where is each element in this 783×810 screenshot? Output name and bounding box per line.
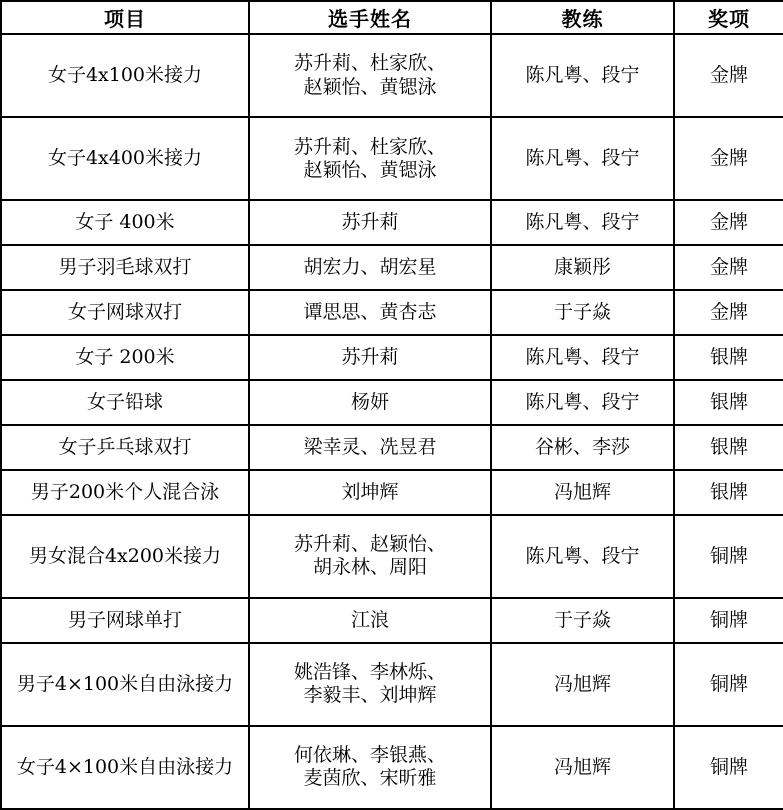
coach-cell: 于子焱 [491,290,674,335]
players-cell: 苏升莉、杜家欣、 赵颖怡、黄锶泳 [249,34,491,117]
players-cell: 胡宏力、胡宏星 [249,245,491,290]
table-row: 女子网球双打 谭思思、黄杏志 于子焱 金牌 [1,290,783,335]
players-cell: 姚浩锋、李林烁、 李毅丰、刘坤辉 [249,643,491,726]
award-cell: 金牌 [674,34,783,117]
table-row: 女子铅球 杨妍 陈凡粤、段宁 银牌 [1,380,783,425]
event-cell: 女子4x400米接力 [1,117,249,200]
table-row: 女子 400米 苏升莉 陈凡粤、段宁 金牌 [1,200,783,245]
award-cell: 金牌 [674,290,783,335]
award-cell: 铜牌 [674,515,783,598]
event-cell: 女子铅球 [1,380,249,425]
players-cell: 苏升莉 [249,200,491,245]
table-row: 女子 200米 苏升莉 陈凡粤、段宁 银牌 [1,335,783,380]
players-cell: 杨妍 [249,380,491,425]
award-cell: 银牌 [674,380,783,425]
table-row: 男女混合4x200米接力 苏升莉、赵颖怡、 胡永林、周阳 陈凡粤、段宁 铜牌 [1,515,783,598]
table-row: 女子乒乓球双打 梁幸灵、冼昱君 谷彬、李莎 银牌 [1,425,783,470]
award-cell: 银牌 [674,425,783,470]
event-cell: 女子乒乓球双打 [1,425,249,470]
event-cell: 女子网球双打 [1,290,249,335]
coach-cell: 陈凡粤、段宁 [491,117,674,200]
coach-cell: 谷彬、李莎 [491,425,674,470]
players-cell: 江浪 [249,598,491,643]
table-body: 女子4x100米接力 苏升莉、杜家欣、 赵颖怡、黄锶泳 陈凡粤、段宁 金牌 女子… [1,34,783,809]
table-row: 男子网球单打 江浪 于子焱 铜牌 [1,598,783,643]
event-cell: 男子羽毛球双打 [1,245,249,290]
award-cell: 金牌 [674,245,783,290]
event-cell: 男子网球单打 [1,598,249,643]
event-cell: 男子200米个人混合泳 [1,470,249,515]
table-row: 女子4x400米接力 苏升莉、杜家欣、 赵颖怡、黄锶泳 陈凡粤、段宁 金牌 [1,117,783,200]
players-cell: 刘坤辉 [249,470,491,515]
event-cell: 男女混合4x200米接力 [1,515,249,598]
players-cell: 苏升莉、杜家欣、 赵颖怡、黄锶泳 [249,117,491,200]
table-row: 女子4×100米自由泳接力 何依琳、李银燕、 麦茵欣、宋昕雅 冯旭辉 铜牌 [1,726,783,809]
coach-cell: 冯旭辉 [491,470,674,515]
players-cell: 何依琳、李银燕、 麦茵欣、宋昕雅 [249,726,491,809]
medal-results-table: 项目 选手姓名 教练 奖项 女子4x100米接力 苏升莉、杜家欣、 赵颖怡、黄锶… [0,0,783,810]
players-cell: 梁幸灵、冼昱君 [249,425,491,470]
coach-cell: 冯旭辉 [491,643,674,726]
coach-cell: 康颖彤 [491,245,674,290]
players-cell: 谭思思、黄杏志 [249,290,491,335]
award-cell: 金牌 [674,200,783,245]
coach-cell: 于子焱 [491,598,674,643]
table-row: 男子4×100米自由泳接力 姚浩锋、李林烁、 李毅丰、刘坤辉 冯旭辉 铜牌 [1,643,783,726]
coach-cell: 冯旭辉 [491,726,674,809]
award-cell: 金牌 [674,117,783,200]
table-row: 女子4x100米接力 苏升莉、杜家欣、 赵颖怡、黄锶泳 陈凡粤、段宁 金牌 [1,34,783,117]
column-header-players: 选手姓名 [249,1,491,34]
event-cell: 女子4x100米接力 [1,34,249,117]
header-row: 项目 选手姓名 教练 奖项 [1,1,783,34]
coach-cell: 陈凡粤、段宁 [491,335,674,380]
award-cell: 银牌 [674,470,783,515]
coach-cell: 陈凡粤、段宁 [491,200,674,245]
coach-cell: 陈凡粤、段宁 [491,380,674,425]
column-header-event: 项目 [1,1,249,34]
table-row: 男子羽毛球双打 胡宏力、胡宏星 康颖彤 金牌 [1,245,783,290]
event-cell: 女子 400米 [1,200,249,245]
medal-results-page: 项目 选手姓名 教练 奖项 女子4x100米接力 苏升莉、杜家欣、 赵颖怡、黄锶… [0,0,783,810]
award-cell: 银牌 [674,335,783,380]
column-header-award: 奖项 [674,1,783,34]
award-cell: 铜牌 [674,726,783,809]
coach-cell: 陈凡粤、段宁 [491,515,674,598]
players-cell: 苏升莉 [249,335,491,380]
award-cell: 铜牌 [674,598,783,643]
column-header-coach: 教练 [491,1,674,34]
players-cell: 苏升莉、赵颖怡、 胡永林、周阳 [249,515,491,598]
event-cell: 男子4×100米自由泳接力 [1,643,249,726]
coach-cell: 陈凡粤、段宁 [491,34,674,117]
award-cell: 铜牌 [674,643,783,726]
event-cell: 女子4×100米自由泳接力 [1,726,249,809]
event-cell: 女子 200米 [1,335,249,380]
table-row: 男子200米个人混合泳 刘坤辉 冯旭辉 银牌 [1,470,783,515]
